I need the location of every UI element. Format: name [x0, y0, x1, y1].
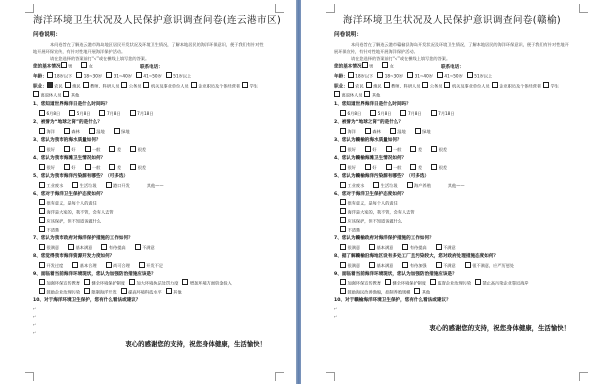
- checkbox-icon[interactable]: [121, 82, 127, 88]
- checkbox-icon[interactable]: [106, 72, 112, 78]
- checkbox-icon[interactable]: [85, 146, 91, 152]
- question-options: 很有意义，是每个人的责任海洋是大家的，我不管，会有人去管应该保护，但不知道该做什…: [33, 199, 266, 234]
- option-label: 公务员: [129, 83, 142, 88]
- checkbox-option[interactable]: 很差: [431, 163, 447, 172]
- checkbox-option[interactable]: 有待提高: [402, 243, 426, 252]
- checkbox-option[interactable]: 很差: [130, 145, 146, 154]
- checkbox-option[interactable]: 鼓励海民改善渔船，控制养殖规模: [340, 288, 410, 297]
- intro-paragraph: 请在您选择的答案前打“√”或在横线上填写您的答案。: [33, 55, 266, 62]
- checkbox-icon[interactable]: [382, 62, 388, 68]
- option-label: 女: [89, 64, 93, 69]
- checkbox-option[interactable]: 森林: [64, 127, 80, 136]
- checkbox-option[interactable]: 7月18日: [431, 109, 455, 118]
- question-3: 3、您认为我市的海水质量如何？: [33, 136, 266, 145]
- checkbox-option[interactable]: 一般: [85, 163, 101, 172]
- checkbox-icon[interactable]: [407, 182, 413, 188]
- checkbox-icon[interactable]: [89, 128, 95, 134]
- checkbox-icon[interactable]: [402, 244, 408, 250]
- checkbox-option[interactable]: 其他: [63, 91, 79, 100]
- checkbox-icon[interactable]: [109, 146, 115, 152]
- checkbox-icon[interactable]: [76, 72, 82, 78]
- option-label: 很有意义，是每个人的责任: [47, 201, 97, 206]
- checkbox-icon[interactable]: [385, 279, 391, 285]
- checkbox-option[interactable]: 渔民: [65, 82, 81, 91]
- checkbox-icon[interactable]: [370, 110, 376, 116]
- checkbox-option[interactable]: 很好: [340, 145, 356, 154]
- checkbox-option[interactable]: 41~50岁: [136, 72, 162, 81]
- checkbox-icon[interactable]: [402, 262, 408, 268]
- question-options: 6月8日5月8日7月8日7月18日: [33, 109, 266, 118]
- checkbox-option[interactable]: 其他: [414, 288, 430, 297]
- question-text: 面临着当前海洋环境现状，您认为加强防治措施应该是？: [41, 272, 156, 277]
- checkbox-icon[interactable]: [334, 91, 340, 97]
- option-label: 海洋: [348, 129, 356, 134]
- checkbox-option[interactable]: 很差: [130, 163, 146, 172]
- checkbox-icon[interactable]: [47, 72, 53, 78]
- checkbox-icon[interactable]: [390, 128, 396, 134]
- option-label: 41~50岁: [444, 73, 462, 78]
- checkbox-icon[interactable]: [465, 262, 471, 268]
- checkbox-icon[interactable]: [39, 226, 45, 232]
- checkbox-option[interactable]: 基本满意: [68, 243, 92, 252]
- option-label: 7月8日: [408, 111, 422, 116]
- checkbox-option[interactable]: 一般: [386, 163, 402, 172]
- checkbox-option[interactable]: 51岁以上: [166, 72, 191, 81]
- checkbox-icon[interactable]: [166, 72, 172, 78]
- checkbox-icon[interactable]: [101, 244, 107, 250]
- checkbox-option[interactable]: 增加环境方面资金投入: [182, 279, 231, 288]
- checkbox-option[interactable]: 不满意: [436, 243, 456, 252]
- checkbox-icon[interactable]: [369, 244, 375, 250]
- checkbox-icon[interactable]: [348, 72, 354, 78]
- question-9: 9、面临着当前海洋环境现状，您认为加强防治措施应该是？: [334, 270, 570, 279]
- checkbox-option[interactable]: 其他: [364, 91, 380, 100]
- option-label: 很不满意，应严厉惩处: [472, 263, 514, 268]
- checkbox-option[interactable]: 很满意: [340, 261, 360, 270]
- thanks-message: 衷心的感谢您的支持，祝您身体健康，生活愉快！: [33, 339, 266, 348]
- checkbox-icon[interactable]: [415, 128, 421, 134]
- page-content[interactable]: 海洋环境卫生状况及人民保护意识调查问卷(赣榆)问卷说明：本问卷旨在了解连云港市赣…: [334, 12, 570, 332]
- checkbox-icon[interactable]: [386, 164, 392, 170]
- page-content[interactable]: 海洋环境卫生状况及人民保护意识调查问卷(连云港市区)问卷说明：本问卷旨在了解连云…: [33, 12, 266, 348]
- checkbox-option[interactable]: 生活垃圾: [72, 181, 96, 190]
- option-label: 海洋是大家的，我不管，会有人去管: [348, 209, 415, 214]
- option-label: 健全环境保护制度: [393, 281, 427, 286]
- checkbox-option[interactable]: 7月8日: [400, 109, 421, 118]
- checkbox-icon[interactable]: [121, 288, 127, 294]
- option-label: 增加环境方面资金投入: [190, 281, 232, 286]
- checkbox-option[interactable]: 海产养殖: [407, 181, 431, 190]
- checkbox-option[interactable]: 机关及事业单位人员: [444, 82, 489, 91]
- checkbox-option[interactable]: 应该保护，但不知道该做什么: [340, 217, 561, 226]
- checkbox-option[interactable]: 不清楚: [39, 226, 257, 235]
- checkbox-icon[interactable]: [400, 110, 406, 116]
- checkbox-option[interactable]: 开发过度: [39, 261, 63, 270]
- option-label: 基本满意: [377, 245, 394, 250]
- checkbox-icon[interactable]: [106, 182, 112, 188]
- checkbox-icon[interactable]: [384, 82, 390, 88]
- checkbox-icon[interactable]: [72, 262, 78, 268]
- option-label: 海产养殖: [414, 183, 431, 188]
- checkbox-icon[interactable]: [340, 262, 346, 268]
- checkbox-icon[interactable]: [436, 244, 442, 250]
- option-label: 学生: [551, 83, 559, 88]
- checkbox-option[interactable]: 禁止高污染企业靠近海岸: [475, 279, 529, 288]
- option-label: 开发不足: [146, 263, 163, 268]
- checkbox-icon[interactable]: [39, 279, 45, 285]
- answer-line[interactable]: ↵: [33, 305, 266, 313]
- checkbox-option[interactable]: 基本满意: [369, 261, 393, 270]
- checkbox-option[interactable]: 海洋: [340, 127, 356, 136]
- checkbox-icon[interactable]: [72, 182, 78, 188]
- checkbox-icon[interactable]: [68, 244, 74, 250]
- checkbox-icon[interactable]: [430, 279, 436, 285]
- checkbox-option[interactable]: 很好: [340, 163, 356, 172]
- checkbox-icon[interactable]: [340, 110, 346, 116]
- checkbox-option[interactable]: 海洋是大家的，我不管，会有人去管: [39, 208, 257, 217]
- checkbox-option[interactable]: 7月18日: [130, 109, 154, 118]
- checkbox-icon[interactable]: [437, 72, 443, 78]
- checkbox-option[interactable]: 绿地: [415, 127, 431, 136]
- checkbox-icon[interactable]: [64, 128, 70, 134]
- checkbox-icon[interactable]: [340, 208, 346, 214]
- checkbox-option[interactable]: 其他: [166, 288, 182, 297]
- answer-line[interactable]: ↵: [33, 329, 266, 337]
- question-text: 您认为赣榆海滩卫生情况如何？: [342, 156, 406, 161]
- checkbox-option[interactable]: 公务员: [422, 82, 442, 91]
- checkbox-icon[interactable]: [407, 72, 413, 78]
- option-label: 工业废水: [348, 183, 365, 188]
- option-label: 离退休人员: [41, 93, 62, 98]
- option-label: 6月8日: [47, 111, 61, 116]
- checkbox-icon[interactable]: [39, 110, 45, 116]
- checkbox-icon[interactable]: [136, 72, 142, 78]
- checkbox-option[interactable]: 监督企业治理污染: [430, 279, 471, 288]
- checkbox-icon[interactable]: [422, 82, 428, 88]
- intro-heading: 问卷说明：: [334, 30, 570, 38]
- checkbox-option[interactable]: 企业职员及个体经营者: [492, 82, 541, 91]
- checkbox-option[interactable]: 很差: [431, 145, 447, 154]
- checkbox-option[interactable]: 尚可合理: [106, 261, 130, 270]
- checkbox-icon[interactable]: [475, 279, 481, 285]
- checkbox-option[interactable]: 港口开发: [106, 181, 130, 190]
- checkbox-option[interactable]: 离退休人员: [33, 91, 61, 100]
- margin-corner-mark: [326, 372, 335, 381]
- checkbox-option[interactable]: 湿地: [89, 127, 105, 136]
- option-label: 很差: [439, 147, 447, 152]
- checkbox-option[interactable]: 加大环境执法处罚力度: [129, 279, 178, 288]
- checkbox-icon[interactable]: [364, 91, 370, 97]
- checkbox-icon[interactable]: [65, 82, 71, 88]
- checkbox-option[interactable]: 学生: [543, 82, 559, 91]
- question-text: 您觉得我市海洋资源开发力度如何？: [41, 254, 115, 259]
- checkbox-option[interactable]: 5月8日: [370, 109, 391, 118]
- checkbox-option[interactable]: 很不满意，应严厉惩处: [465, 261, 514, 270]
- checkbox-icon[interactable]: [340, 128, 346, 134]
- checkbox-option[interactable]: 好: [64, 145, 76, 154]
- checkbox-option[interactable]: 渔民: [366, 82, 382, 91]
- checkbox-icon[interactable]: [340, 288, 346, 294]
- checkbox-icon[interactable]: [444, 82, 450, 88]
- checkbox-icon[interactable]: [365, 146, 371, 152]
- checkbox-icon[interactable]: [64, 146, 70, 152]
- checkbox-option[interactable]: 差: [410, 163, 422, 172]
- checkbox-icon[interactable]: [39, 244, 45, 250]
- checkbox-icon[interactable]: [135, 244, 141, 250]
- option-label: 其他: [173, 289, 181, 294]
- answer-line[interactable]: ↵: [33, 321, 266, 329]
- checkbox-icon[interactable]: [33, 91, 39, 97]
- checkbox-icon[interactable]: [109, 164, 115, 170]
- checkbox-icon[interactable]: [166, 288, 172, 294]
- option-label: 18岁以下: [355, 73, 373, 78]
- checkbox-icon[interactable]: [63, 91, 69, 97]
- answer-line[interactable]: ↵: [334, 305, 570, 313]
- checkbox-option[interactable]: 加强环保宣传教育: [39, 279, 80, 288]
- answer-line[interactable]: ↵: [334, 313, 570, 321]
- checkbox-icon[interactable]: [69, 110, 75, 116]
- checkbox-option[interactable]: 加强环保宣传教育: [340, 279, 381, 288]
- option-label: 其他: [372, 93, 380, 98]
- basic-info-label: 您的基本情况: [33, 65, 61, 70]
- margin-corner-mark: [275, 4, 284, 13]
- option-label: 农民: [355, 83, 363, 88]
- checkbox-icon[interactable]: [39, 262, 45, 268]
- checkbox-icon[interactable]: [365, 164, 371, 170]
- checkbox-icon[interactable]: [386, 146, 392, 152]
- checkbox-option[interactable]: 很好: [39, 163, 55, 172]
- checkbox-icon[interactable]: [129, 279, 135, 285]
- checkbox-option[interactable]: 18~30岁: [377, 72, 403, 81]
- checkbox-icon[interactable]: [106, 262, 112, 268]
- checkbox-option[interactable]: 女: [81, 62, 93, 71]
- other-fill-in[interactable]: 其他——: [448, 181, 465, 190]
- checkbox-icon[interactable]: [362, 62, 368, 68]
- checkbox-option[interactable]: 好: [365, 145, 377, 154]
- checkbox-option[interactable]: 湿地: [390, 127, 406, 136]
- question-9: 9、面临着当前海洋环境现状，您认为加强防治措施应该是？: [33, 270, 266, 279]
- checkbox-icon[interactable]: [369, 262, 375, 268]
- checkbox-icon[interactable]: [340, 226, 346, 232]
- checkbox-icon[interactable]: [47, 82, 53, 88]
- checkbox-icon[interactable]: [410, 146, 416, 152]
- checkbox-icon[interactable]: [39, 128, 45, 134]
- checkbox-option[interactable]: 健全环境保护制度: [84, 279, 125, 288]
- option-label: 31~40岁: [415, 73, 433, 78]
- checkbox-icon[interactable]: [84, 279, 90, 285]
- occupation-label: 职业：: [334, 84, 348, 89]
- checkbox-option[interactable]: 开发不足: [139, 261, 163, 270]
- checkbox-icon[interactable]: [410, 164, 416, 170]
- checkbox-icon[interactable]: [340, 164, 346, 170]
- checkbox-icon[interactable]: [340, 279, 346, 285]
- checkbox-option[interactable]: 5月8日: [69, 109, 90, 118]
- option-label: 一般: [393, 165, 401, 170]
- checkbox-icon[interactable]: [64, 164, 70, 170]
- checkbox-icon[interactable]: [130, 146, 136, 152]
- basic-info-row: 您的基本情况男女联系电话：: [33, 62, 266, 72]
- option-label: 应该保护，但不知道该做什么: [348, 218, 402, 223]
- checkbox-icon[interactable]: [39, 146, 45, 152]
- option-label: 很好: [348, 147, 356, 152]
- checkbox-option[interactable]: 好: [64, 163, 76, 172]
- checkbox-option[interactable]: 海洋是大家的，我不管，会有人去管: [340, 208, 561, 217]
- checkbox-icon[interactable]: [39, 164, 45, 170]
- checkbox-option[interactable]: 6月8日: [340, 109, 361, 118]
- checkbox-option[interactable]: 不满意: [436, 261, 456, 270]
- checkbox-icon[interactable]: [61, 62, 67, 68]
- checkbox-icon[interactable]: [130, 110, 136, 116]
- checkbox-icon[interactable]: [414, 288, 420, 294]
- checkbox-icon[interactable]: [340, 217, 346, 223]
- checkbox-option[interactable]: 很好: [39, 145, 55, 154]
- checkbox-option[interactable]: 差: [109, 145, 121, 154]
- checkbox-option[interactable]: 教师、科研人员: [83, 82, 120, 91]
- checkbox-icon[interactable]: [340, 182, 346, 188]
- question-1: 1、您知道世界海洋日是什么时间吗？: [334, 100, 570, 109]
- checkbox-icon[interactable]: [348, 82, 354, 88]
- checkbox-option[interactable]: 有待加强: [402, 261, 426, 270]
- option-label: 6月8日: [348, 111, 362, 116]
- option-label: 森林: [372, 129, 380, 134]
- checkbox-option[interactable]: 提高环境科技水平: [121, 288, 162, 297]
- checkbox-icon[interactable]: [431, 110, 437, 116]
- checkbox-option[interactable]: 7月8日: [99, 109, 120, 118]
- checkbox-option[interactable]: 很满意: [340, 243, 360, 252]
- option-label: 好: [71, 147, 75, 152]
- checkbox-option[interactable]: 31~40岁: [106, 72, 132, 81]
- checkbox-icon[interactable]: [114, 128, 120, 134]
- checkbox-option[interactable]: 一般: [386, 145, 402, 154]
- checkbox-icon[interactable]: [39, 217, 45, 223]
- checkbox-icon[interactable]: [340, 244, 346, 250]
- option-label: 企业职员及个体经营者: [499, 83, 541, 88]
- checkbox-option[interactable]: 生活垃圾: [373, 181, 397, 190]
- question-text: 您对于海洋卫生保护态度如何？: [342, 192, 406, 197]
- question-5: 5、您认为赣榆海洋污染源有哪些？（可多选）: [334, 172, 570, 181]
- checkbox-icon[interactable]: [543, 82, 549, 88]
- checkbox-icon[interactable]: [130, 164, 136, 170]
- checkbox-option[interactable]: 鼓励企业治理污染: [39, 288, 80, 297]
- checkbox-option[interactable]: 差: [410, 145, 422, 154]
- checkbox-option[interactable]: 很有意义，是每个人的责任: [340, 199, 561, 208]
- option-label: 绿地: [121, 129, 129, 134]
- checkbox-option[interactable]: 基本合理: [72, 261, 96, 270]
- checkbox-icon[interactable]: [467, 72, 473, 78]
- checkbox-option[interactable]: 一般: [85, 145, 101, 154]
- checkbox-option[interactable]: 限制海洋开发: [84, 288, 117, 297]
- intro-paragraph: 请在您选择的答案前打“√”或在横线上填写您的答案。: [334, 55, 570, 62]
- checkbox-option[interactable]: 18~30岁: [76, 72, 102, 81]
- checkbox-option[interactable]: 工业废水: [340, 181, 364, 190]
- checkbox-option[interactable]: 51岁以上: [467, 72, 492, 81]
- checkbox-option[interactable]: 农民: [348, 82, 364, 91]
- checkbox-option[interactable]: 企业职员及个体经营者: [191, 82, 240, 91]
- checkbox-icon[interactable]: [340, 146, 346, 152]
- checkbox-icon[interactable]: [182, 279, 188, 285]
- checkbox-icon[interactable]: [83, 82, 89, 88]
- checkbox-option[interactable]: 基本满意: [369, 243, 393, 252]
- checkbox-option[interactable]: 41~50岁: [437, 72, 463, 81]
- checkbox-icon[interactable]: [431, 164, 437, 170]
- checkbox-option[interactable]: 很有意义，是每个人的责任: [39, 199, 257, 208]
- checkbox-icon[interactable]: [99, 110, 105, 116]
- checkbox-icon[interactable]: [340, 199, 346, 205]
- question-text: 据了解赣榆沿海地区设有多处工厂且污染较大，您对政府处理措施态度如何？: [342, 254, 498, 259]
- checkbox-option[interactable]: 好: [365, 163, 377, 172]
- checkbox-option[interactable]: 31~40岁: [407, 72, 433, 81]
- answer-line[interactable]: ↵: [33, 313, 266, 321]
- checkbox-icon[interactable]: [377, 72, 383, 78]
- option-label: 海洋是大家的，我不管，会有人去管: [47, 209, 114, 214]
- option-label: 差: [117, 165, 121, 170]
- checkbox-icon[interactable]: [365, 128, 371, 134]
- checkbox-icon[interactable]: [366, 82, 372, 88]
- checkbox-option[interactable]: 公务员: [121, 82, 141, 91]
- checkbox-option[interactable]: 有待提高: [101, 243, 125, 252]
- checkbox-icon[interactable]: [431, 146, 437, 152]
- checkbox-option[interactable]: 森林: [365, 127, 381, 136]
- checkbox-icon[interactable]: [84, 288, 90, 294]
- checkbox-option[interactable]: 不清楚: [340, 226, 561, 235]
- checkbox-option[interactable]: 机关及事业单位人员: [143, 82, 188, 91]
- question-options: 6月8日5月8日7月8日7月18日: [334, 109, 570, 118]
- checkbox-icon[interactable]: [39, 199, 45, 205]
- option-label: 5月8日: [378, 111, 392, 116]
- checkbox-icon[interactable]: [191, 82, 197, 88]
- other-fill-in[interactable]: 其他——: [147, 181, 164, 190]
- checkbox-option[interactable]: 不满意: [135, 243, 155, 252]
- checkbox-option[interactable]: 绿地: [114, 127, 130, 136]
- checkbox-option[interactable]: 教师、科研人员: [384, 82, 421, 91]
- checkbox-option[interactable]: 农民: [47, 82, 63, 91]
- option-label: 鼓励海民改善渔船，控制养殖规模: [348, 289, 411, 294]
- checkbox-icon[interactable]: [85, 164, 91, 170]
- checkbox-option[interactable]: 18岁以下: [348, 72, 373, 81]
- checkbox-icon[interactable]: [242, 82, 248, 88]
- checkbox-option[interactable]: 应该保护，但不知道该做什么: [39, 217, 257, 226]
- checkbox-option[interactable]: 男: [362, 62, 374, 71]
- checkbox-option[interactable]: 6月8日: [39, 109, 60, 118]
- question-2: 2、被誉为“地球之肾”的是什么？: [334, 118, 570, 127]
- checkbox-icon[interactable]: [143, 82, 149, 88]
- option-label: 鼓励企业治理污染: [47, 289, 81, 294]
- checkbox-icon[interactable]: [436, 262, 442, 268]
- option-label: 女: [390, 64, 394, 69]
- checkbox-icon[interactable]: [81, 62, 87, 68]
- checkbox-icon[interactable]: [39, 182, 45, 188]
- checkbox-option[interactable]: 男: [61, 62, 73, 71]
- checkbox-option[interactable]: 很满意: [39, 243, 59, 252]
- checkbox-icon[interactable]: [492, 82, 498, 88]
- checkbox-option[interactable]: 18岁以下: [47, 72, 72, 81]
- checkbox-option[interactable]: 离退休人员: [334, 91, 362, 100]
- option-label: 男: [68, 64, 72, 69]
- option-label: 不满意: [443, 245, 456, 250]
- checkbox-option[interactable]: 海洋: [39, 127, 55, 136]
- checkbox-icon[interactable]: [39, 288, 45, 294]
- checkbox-option[interactable]: 学生: [242, 82, 258, 91]
- checkbox-option[interactable]: 工业废水: [39, 181, 63, 190]
- checkbox-option[interactable]: 女: [382, 62, 394, 71]
- checkbox-option[interactable]: 差: [109, 163, 121, 172]
- checkbox-option[interactable]: 健全环境保护制度: [385, 279, 426, 288]
- option-label: 一般: [92, 147, 100, 152]
- option-label: 加强环保宣传教育: [348, 281, 382, 286]
- checkbox-icon[interactable]: [139, 262, 145, 268]
- checkbox-icon[interactable]: [373, 182, 379, 188]
- checkbox-icon[interactable]: [39, 208, 45, 214]
